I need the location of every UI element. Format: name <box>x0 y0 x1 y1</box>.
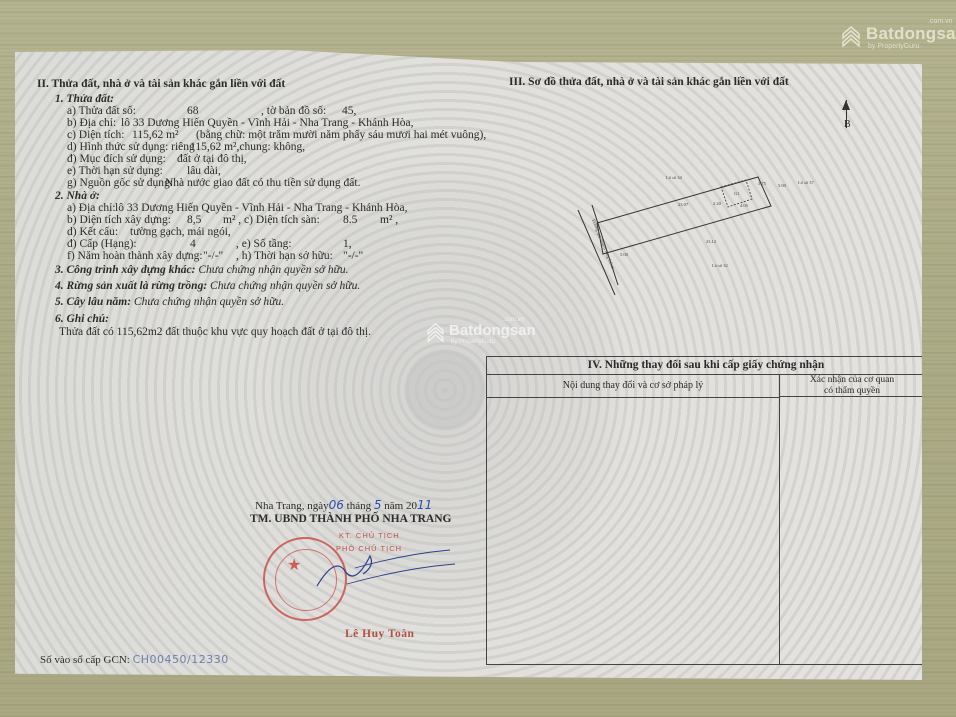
issuing-authority: TM. UBND THÀNH PHỐ NHA TRANG <box>250 513 451 526</box>
diagram-lot-north: Lô số 34 <box>666 175 683 180</box>
changes-col-confirm-header: Xác nhận của cơ quan có thẩm quyền <box>779 374 925 397</box>
changes-col-content-header: Nội dung thay đổi và cơ sở pháp lý <box>487 374 780 398</box>
house-floor-area: 8.5 <box>343 214 357 227</box>
sign-year-suffix: 11 <box>417 498 432 512</box>
changes-confirm-cell <box>779 398 925 664</box>
registry-number: Số vào sổ cấp GCN: CH00450/12330 <box>40 653 229 667</box>
certificate-page: II. Thửa đất, nhà ở và tài sản khác gắn … <box>15 50 922 680</box>
diagram-side-back: 5.00 <box>778 183 787 188</box>
north-label: B <box>844 118 851 131</box>
sign-month: 5 <box>374 498 382 512</box>
watermark-byline: by PropertyGuru <box>451 339 495 345</box>
changes-col-confirm-line1: Xác nhận của cơ quan <box>779 375 925 386</box>
house-h-label: , h) Thời hạn sở hữu: <box>236 250 333 263</box>
registry-label: Số vào sổ cấp GCN: <box>40 654 130 666</box>
watermark-brand: Batdongsan <box>866 24 956 44</box>
house-ownership-term: "-/-" <box>343 250 363 263</box>
sign-month-label: tháng <box>347 500 371 512</box>
sign-day: 06 <box>329 498 344 512</box>
item5-label: 5. Cây lâu năm: <box>55 296 131 308</box>
house-completion-year: "-/-" <box>203 250 223 263</box>
item3-label: 3. Công trình xây dựng khác: <box>55 264 195 276</box>
changes-col-confirm-line2: có thẩm quyền <box>779 386 925 397</box>
signer-delegation: KT. CHỦ TỊCH <box>339 529 400 542</box>
diagram-side-bottom: 23.12 <box>706 239 716 244</box>
item6-value: Thửa đất có 115,62m2 đất thuộc khu vực q… <box>59 326 371 339</box>
registry-value: CH00450/12330 <box>133 653 229 666</box>
item5-value: Chưa chứng nhận quyền sở hữu. <box>134 296 284 308</box>
house-b-unit: m² , c) Diện tích sàn: <box>223 214 320 227</box>
diagram-house-length: 4.05 <box>740 203 749 208</box>
item3-value: Chưa chứng nhận quyền sở hữu. <box>198 264 348 276</box>
diagram-side-front: 5.00 <box>620 252 629 257</box>
watermark-tld: .com.vn <box>503 317 524 323</box>
land-origin: Nhà nước giao đất có thu tiền sử dụng đấ… <box>165 177 360 190</box>
house-c-unit: m² , <box>380 214 398 227</box>
diagram-lot-south: Lô số 32 <box>712 263 728 268</box>
house-f-label: f) Năm hoàn thành xây dựng: <box>67 250 203 263</box>
diagram-house-width: 2.20 <box>713 201 722 206</box>
item4-value: Chưa chứng nhận quyền sở hữu. <box>210 280 360 292</box>
diagram-side-top: 23.07 <box>678 202 689 207</box>
batdongsan-logo-icon <box>427 323 444 343</box>
north-arrowhead-icon <box>842 100 850 110</box>
signer-name: Lê Huy Toàn <box>345 628 414 641</box>
diagram-lot-east: Lô số 37 <box>798 180 815 185</box>
watermark-tld: .com.vn <box>928 18 953 25</box>
land-g-label: g) Nguồn gốc sử dụng: <box>67 177 173 190</box>
batdongsan-logo-icon <box>842 26 860 48</box>
sign-year-label: năm 20 <box>384 500 417 512</box>
signature-scribble-icon <box>315 546 455 596</box>
diagram-road-label: Đường quy hoạch rộng 5.5 m <box>591 219 616 271</box>
item4-label: 4. Rừng sản xuất là rừng trồng: <box>55 280 207 292</box>
section2-title: II. Thửa đất, nhà ở và tài sản khác gắn … <box>37 78 285 91</box>
sign-date-prefix: Nha Trang, ngày <box>255 500 329 512</box>
changes-content-cell <box>487 398 780 664</box>
section3-title: III. Sơ đồ thửa đất, nhà ở và tài sản kh… <box>509 76 789 89</box>
diagram-house-top: 3.75 <box>758 181 767 186</box>
watermark-byline: by PropertyGuru <box>868 43 919 50</box>
watermark-brand: Batdongsan <box>449 322 536 339</box>
sign-date: Nha Trang, ngày06 tháng 5 năm 2011 <box>255 499 432 513</box>
diagram-house-label: G1 <box>734 191 740 196</box>
changes-table: IV. Những thay đổi sau khi cấp giấy chứn… <box>486 356 926 665</box>
item6-label: 6. Ghi chú: <box>55 313 109 326</box>
land-plot-diagram: Lô số 34 Lô số 32 Lô số 37 23.07 23.12 5… <box>570 165 810 300</box>
section4-title: IV. Những thay đổi sau khi cấp giấy chứn… <box>487 357 925 375</box>
house-structure: tường gạch, mái ngói, <box>130 226 231 239</box>
seal-star-icon: ★ <box>287 555 301 574</box>
